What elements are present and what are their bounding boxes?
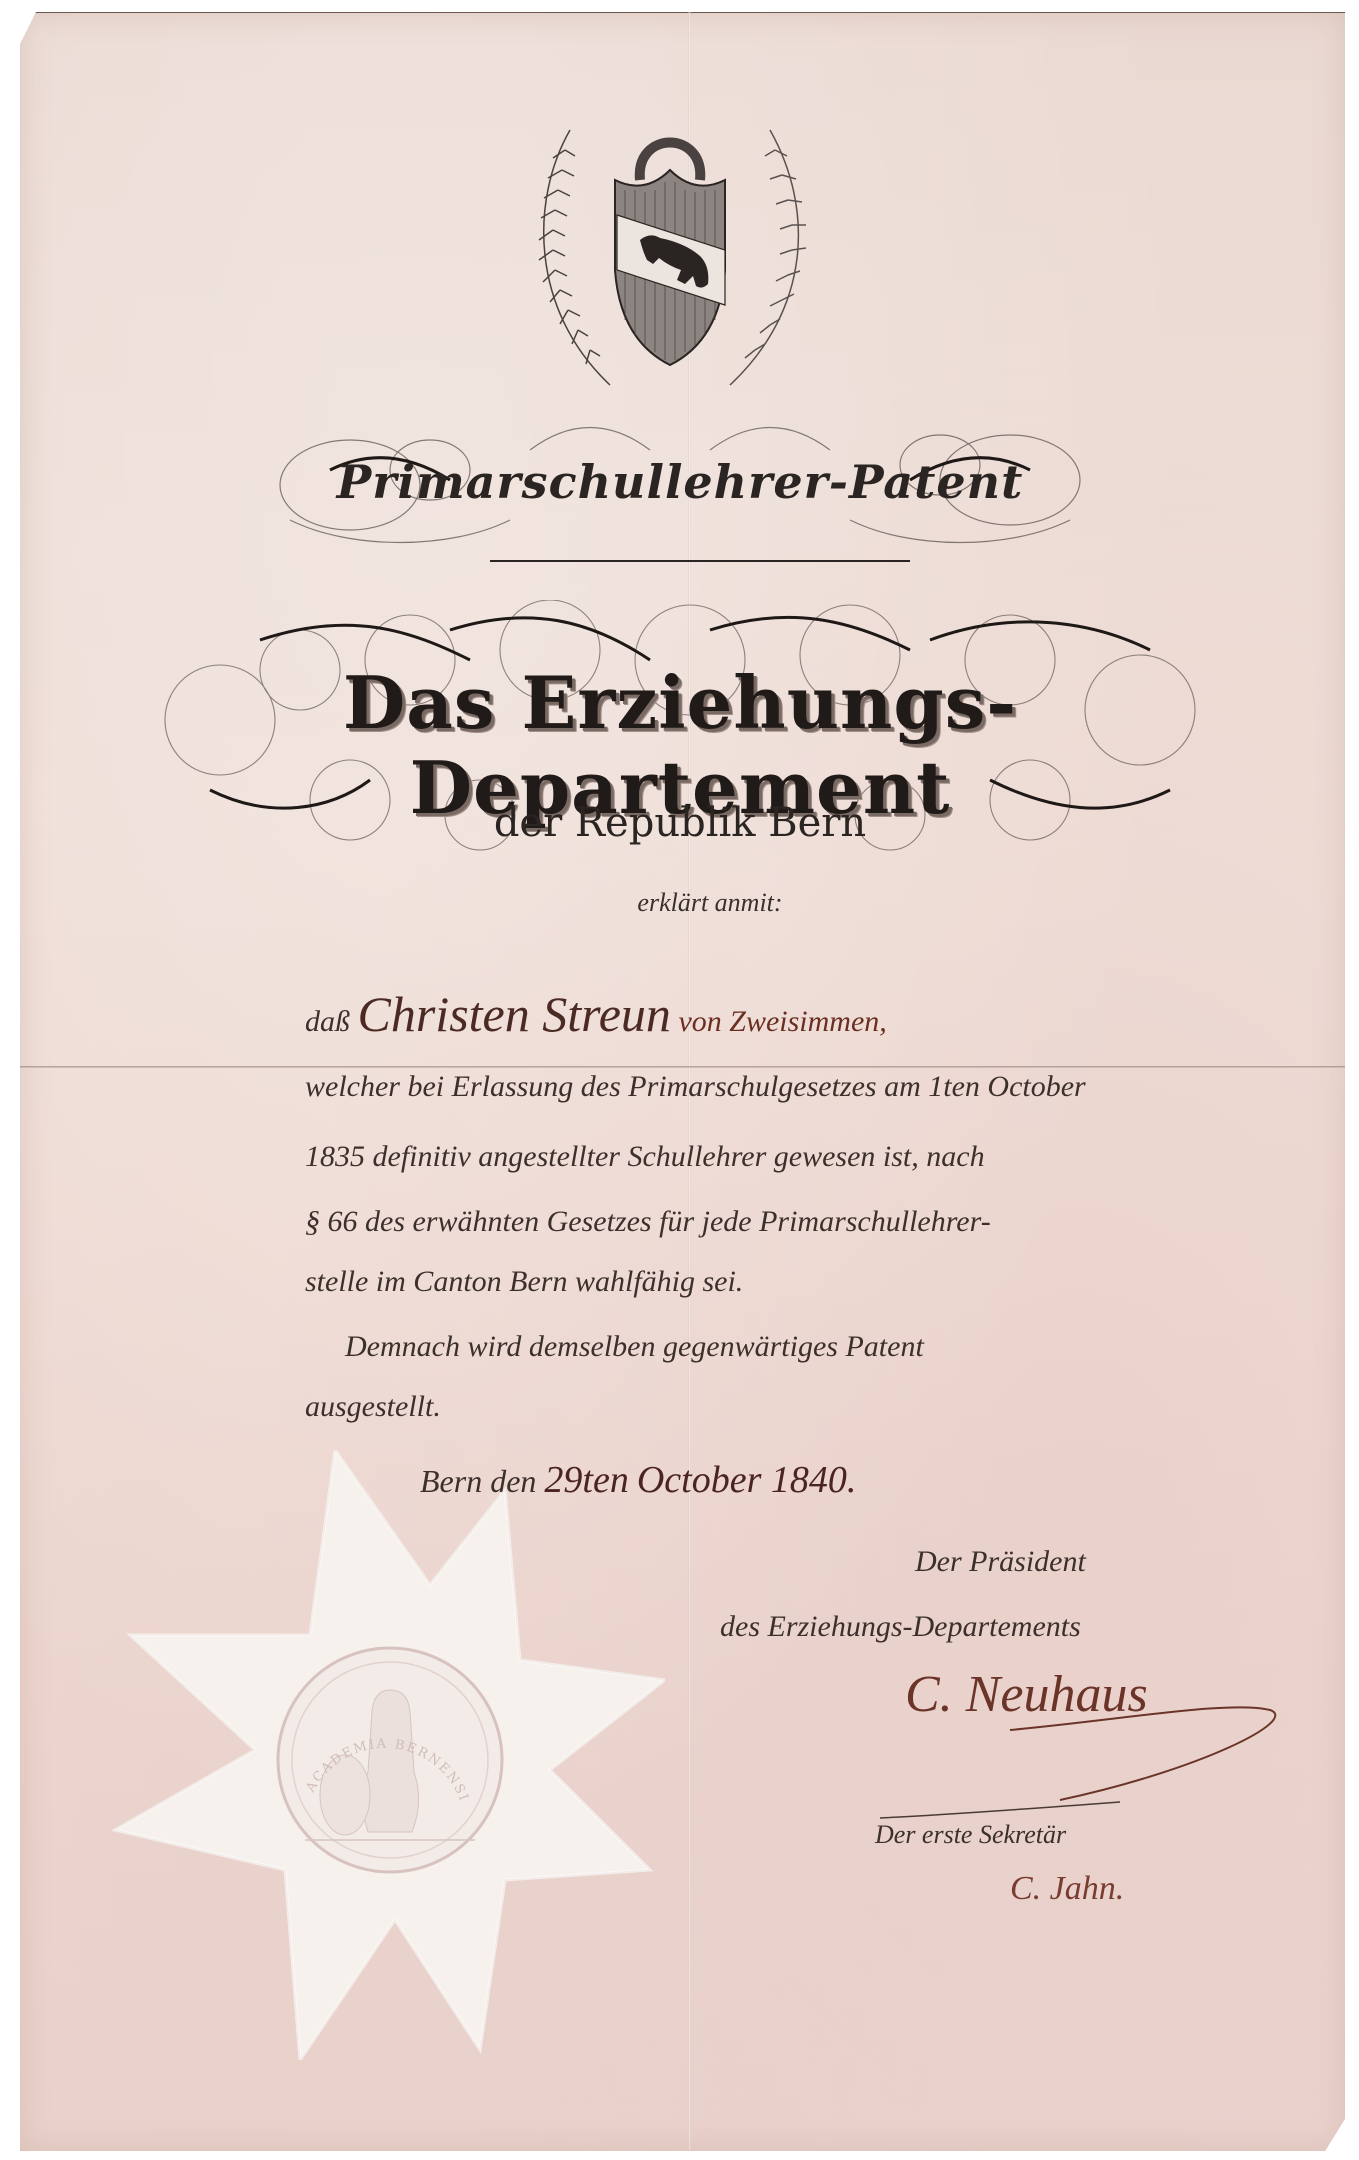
body-line-3: 1835 definitiv angestellter Schullehrer …	[305, 1140, 985, 1174]
signature-separator	[880, 1800, 1140, 1820]
bern-coat-of-arms-icon	[520, 120, 820, 420]
body-line-5: stelle im Canton Bern wahlfähig sei.	[305, 1265, 743, 1299]
seal-inscription: ACADEMIA BERNENSIS	[270, 1650, 500, 1870]
body-line-4: § 66 des erwähnten Gesetzes für jede Pri…	[305, 1205, 991, 1239]
recipient-name: Christen Streun	[358, 986, 671, 1042]
signature-flourish	[1000, 1690, 1300, 1810]
seal-inscription-text: ACADEMIA BERNENSIS	[270, 1650, 471, 1805]
body-line-7: ausgestellt.	[305, 1390, 441, 1424]
body-line-6: Demnach wird demselben gegenwärtiges Pat…	[345, 1330, 924, 1364]
certificate-type-title: Primarschullehrer-Patent	[330, 455, 1030, 509]
svg-text:ACADEMIA BERNENSIS: ACADEMIA BERNENSIS	[270, 1650, 471, 1805]
authority-subtitle: der Republik Bern	[430, 800, 930, 846]
body-line-2: welcher bei Erlassung des Primarschulges…	[305, 1070, 1086, 1104]
president-department: des Erziehungs-Departements	[720, 1610, 1081, 1644]
body-line-1: daß Christen Streun von Zweisimmen,	[305, 985, 887, 1043]
horizontal-fold-line	[20, 1066, 1345, 1069]
declaration-phrase: erklärt anmit:	[560, 888, 860, 918]
date-month-year: October 1840.	[637, 1459, 857, 1501]
body-prefix: daß	[305, 1005, 350, 1038]
secretary-title: Der erste Sekretär	[875, 1820, 1066, 1850]
president-title: Der Präsident	[915, 1545, 1086, 1579]
secretary-signature: C. Jahn.	[1010, 1870, 1124, 1908]
title-underline	[490, 560, 910, 562]
recipient-origin: von Zweisimmen,	[678, 1005, 886, 1038]
